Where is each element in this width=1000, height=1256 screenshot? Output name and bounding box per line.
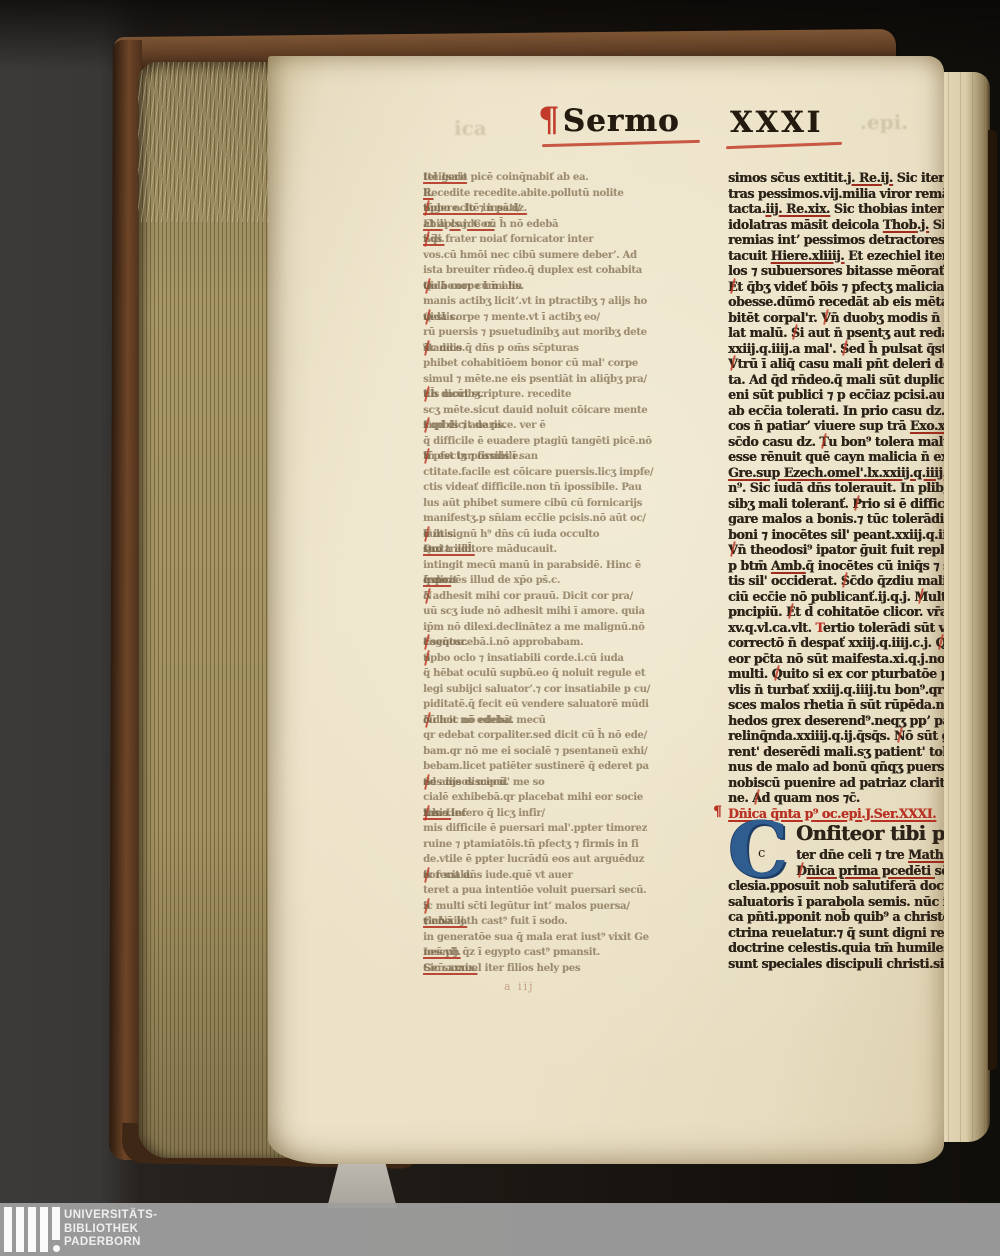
text-segment: V [728, 542, 737, 558]
text-line: tio bonor cū malis. Quidā corpe tm̄ i hu [437, 279, 729, 295]
text-line: vos.cū hmōi nec cibū sumere deberʼ. Ad [437, 248, 729, 264]
text-segment: ca pn̄ti.pponit nob̄ quib⁹ a christo ist… [728, 909, 944, 924]
margin-tick: : [423, 759, 426, 770]
text-segment: upbo oclo ⁊ insati/ [423, 201, 520, 217]
text-line: uū scʒ iude nō adhesit mihi ī amore. qui… [437, 604, 729, 620]
logo-bar [40, 1207, 48, 1252]
text-line: tas. Hec Inno. Ex his infero q̄ licʒ inf… [437, 806, 729, 822]
text-segment: piditatē.q̄ fecit eū vendere saluatorē m… [423, 697, 649, 713]
text-line: los ⁊ subuersores bitasse mēorať Ezech.i… [728, 263, 944, 279]
text-segment: n̄ica prima pcedēti [806, 863, 934, 878]
showthrough-text: ica [454, 116, 487, 140]
text-segment: Sic samuel iter filios hely pes [423, 961, 580, 977]
text-segment: ctitate.facile est cōicare puersis.licʒ … [423, 465, 653, 481]
text-segment: phibet cohabitiōem bonor cū mal' corpe [423, 356, 638, 372]
text-segment: ic fecit dn̄s iude.quē vt auer [423, 868, 572, 884]
text-line: eni sūt publici ⁊ p ecc̄iaz pcisi.aut oc… [728, 387, 944, 403]
text-line: q̄ difficile ē euadere ptagiū tangēti pi… [437, 434, 729, 450]
watermark-band: UNIVERSITÄTS- BIBLIOTHEK PADERBORN [0, 1203, 1000, 1256]
text-segment: t h̄ dicūt scripture. recedite [423, 387, 571, 403]
text-segment: hedos grex deserend⁹.neqʒ ppʼ paleā area [728, 713, 944, 728]
text-segment: xxiij.q.iiij.a mal'. [728, 341, 840, 356]
text-segment: bebam.licet patiēter sustinerē q̄ ederet… [423, 759, 649, 775]
text-line: cor mala. Sic fecit dn̄s iude.quē vt aue… [437, 868, 729, 884]
text-line: q̄ dicit Inno.exponēs illud de xp̄o ps̄.… [437, 573, 729, 589]
text-segment: n̄ duobʒ modis n̄ te macu [830, 310, 944, 325]
text-line: Gre.sup Ezech.omel'.lx.xxiij.q.iiij. Tu … [728, 465, 944, 481]
text-line: cognoscebā.i.nō approbabam. Et seq̄tur. [437, 635, 729, 651]
red-underline-swash [726, 142, 842, 149]
text-line: ista breuiter rn̄deo.q̄ duplex est cohab… [437, 263, 729, 279]
text-line: scʒ mēte.sicut dauid noluit cōicare ment… [437, 403, 729, 419]
text-segment: lus aūt phibet sumere cibū cū fornicarij… [423, 496, 642, 512]
text-segment: ctrina reuelatur.⁊ q̄ sunt digni reuelat… [728, 925, 944, 940]
text-segment: bitēt corpal'r. [728, 310, 821, 325]
text-line: sibʒ mali toleranť. Prio si ē difficile … [728, 496, 944, 512]
text-segment: Sic hie [929, 217, 944, 232]
text-segment: intingit mecū manū in parabsidē. Hinc ē [423, 558, 641, 574]
text-segment: esse rēnuit quē cayn malicia n̄ exercet.… [728, 449, 944, 464]
back-cover-edge [988, 130, 997, 1070]
text-line: correctō n̄ despať xxiij.q.iiij.c.j. Qua… [728, 635, 944, 651]
text-line: phibet cohabitiōem bonor cū mal' corpe [437, 356, 729, 372]
text-segment: uito si ex cor pturbatōe par ecc̄ie [782, 666, 944, 681]
logo-bar-dot [53, 1245, 60, 1252]
text-line: nes̄.vij. Ioseph q̄z ī egypto cast⁹ pman… [437, 945, 729, 961]
text-line: nes meos mecū. Sed alijs discipul' me so [437, 775, 729, 791]
text-line: Gen̄.xxxix. Sic samuel iter filios hely … [437, 961, 729, 977]
text-segment: ciū ecc̄ie nō publicanť.ij.q.j. [728, 589, 914, 604]
text-line: xxiij.q.iiij.a mal'. Sed h̄ pulsat q̄sti… [728, 341, 944, 357]
text-line: ri. Nā loth cast⁹ fuit ī sodo. Gen̄.xiij… [437, 914, 729, 930]
text-segment: Sic thobias inter alios [830, 201, 944, 216]
text-segment: uū scʒ iude nō adhesit mihi ī amore. qui… [423, 604, 645, 620]
text-segment: ō adhesit mihi cor prauū. Dicit cor pra/ [423, 589, 633, 605]
text-segment: gare malos a bonis.⁊ tūc tolerādi sunt.n… [728, 511, 944, 526]
text-segment: n⁹. Sic iudā dn̄s tolerauit. In plibʒ ḡ … [728, 480, 944, 495]
text-segment: Sic iter idola/ [893, 170, 944, 185]
text-line: ctis videať difficile.non tn̄ ipossibile… [437, 480, 729, 496]
text-segment: T [819, 434, 828, 450]
text-segment: T [815, 620, 822, 635]
text-segment: i aut n̄ psentʒ aut redarguis. [800, 325, 945, 340]
margin-tick: : [423, 186, 426, 197]
text-line: nus de malo ad bonū qn̄qʒ puersi possint [728, 759, 944, 775]
text-line: Supbo oclo ⁊ insatiabili corde.i.cū iuda [437, 651, 729, 667]
text-segment: Et apls.j. Cor. [423, 217, 494, 233]
text-line: lus aūt phibet sumere cibū cū fornicarij… [437, 496, 729, 512]
text-line: tetigerit picē coinq̄nabiť ab ea. Itē Is… [437, 170, 729, 186]
text-line: tis sil' occiderat. Sc̄do q̄zdiu mali p … [728, 573, 944, 589]
margin-tick: : [423, 294, 426, 305]
text-line: de.vtile ē ppter lucrādū eos aut arguēdu… [437, 852, 729, 868]
text-line: p btm̄ Amb.q̄ inocētes cū iniq̄s ⁊ scele… [728, 558, 944, 574]
text-line: cultis. Vn̄ in signū h⁹ dn̄s cū iuda occ… [437, 527, 729, 543]
text-line: sunt speciales discipuli christi.sibi et… [728, 956, 944, 972]
text-segment: tis sil' occiderat. [728, 573, 841, 588]
text-segment: t seq̄tur. [423, 635, 468, 651]
logo-bar [28, 1207, 36, 1252]
sermon-opening-block: CcOnfiteor tibi pater dn̄e celi ⁊ tre Ma… [728, 821, 944, 878]
header-word: Sermo [563, 103, 680, 139]
text-segment: q̄ difficile ē euadere ptagiū tangēti pi… [423, 434, 652, 450]
text-line: multi. Quito si ex cor pturbatōe par ecc… [728, 666, 944, 682]
text-segment: ista breuiter rn̄deo.q̄ duplex est cohab… [423, 263, 642, 279]
text-segment: xv.q.vl.ca.vlt. [728, 620, 815, 635]
text-segment: rio si ē difficile segre/ [861, 496, 944, 511]
watermark-line: BIBLIOTHEK [64, 1223, 157, 1237]
text-segment: Gre.sup Ezech.omel'.lx.xxiij.q.iiij. [728, 465, 944, 480]
text-line: uis moribʒ. Et h̄ dicūt scripture. reced… [437, 387, 729, 403]
text-segment: c̄do q̄zdiu mali p iudi/ [849, 573, 944, 588]
text-segment: D [796, 863, 806, 879]
text-segment: saluatoris ī parabola semis. nūc i ista … [728, 894, 944, 909]
text-line: rent' deserēdi mali.sʒ patient' tolerādi… [728, 744, 944, 760]
text-segment: Q [935, 635, 944, 651]
text-segment: scʒ mēte.sicut dauid noluit cōicare ment… [423, 403, 647, 419]
text-line: esse rēnuit quē cayn malicia n̄ exercet.… [728, 449, 944, 465]
text-segment: ūc dico q̄ dn̄s p om̄s sc̄pturas [423, 341, 579, 357]
text-segment: simul ⁊ mēte.ne eis psentiāt in aliq̄bʒ … [423, 372, 647, 388]
text-segment: teret a pua intentiōe voluit puersari se… [423, 883, 646, 899]
text-line: vlis n̄ turbať xxiij.q.iiij.tu bon⁹.qr p… [728, 682, 944, 698]
text-line: sc̄do casu dz. Tu bon⁹ tolera malū.qr ab… [728, 434, 944, 450]
text-segment: p btm̄ [728, 558, 771, 573]
text-line: Vtrū ī aliq̄ casu mali pn̄t deleri de ha… [728, 356, 944, 372]
text-segment: Recedite recedite.abite.pollutū nolite [423, 186, 623, 202]
text-line: tāgere. Itē in ps̄.dz. Supbo oclo ⁊ insa… [437, 201, 729, 217]
text-line: nestis. Quidā corpe ⁊ mente.vt ī actibʒ … [437, 310, 729, 326]
margin-tick: : [423, 666, 426, 677]
text-segment: cialē exhibebā.qr placebat mihi eor soci… [423, 790, 643, 806]
text-segment: sc̄ta mř ec/ [934, 863, 944, 878]
text-segment: mis difficile ē puersari mal'.ppter timo… [423, 821, 647, 837]
text-segment: V [821, 310, 830, 326]
text-line: manis actibʒ licitʼ.vt in ptractibʒ ⁊ al… [437, 294, 729, 310]
text-line: tras pessimos.vij.milia viror remāseřt i… [728, 186, 944, 202]
pilcrow-mark: ¶ [713, 805, 721, 821]
text-segment: q̄ hēbat oculū supbū.eo q̄ noluit regule… [423, 666, 645, 682]
book-page: ica .epi. ¶Sermo XXXI tetigerit picē coi… [268, 56, 944, 1164]
text-line: relinq̄nda.xxiiij.q.ij.q̄sq̄s. Nō sūt ḡ … [728, 728, 944, 744]
text-line: Sic multi sc̄ti legūtur intʼ malos puers… [437, 899, 729, 915]
text-line: ruine ⁊ ptamiatōis.tn̄ pfectʒ ⁊ firmis i… [437, 837, 729, 853]
text-line: doctrine celestis.quia tm̄ humiles. Hi e… [728, 940, 944, 956]
text-segment: Qui [423, 542, 442, 558]
text-segment: Hiere.xliiij. [771, 248, 844, 263]
text-line: bitēt corpal'r. Vn̄ duobʒ modis n̄ te ma… [728, 310, 944, 326]
text-line: rū puersis ⁊ psuetudinibʒ aut moribʒ det… [437, 325, 729, 341]
text-line: Et q̄bʒ videť bōis ⁊ pfectʒ malicia ipio… [728, 279, 944, 295]
text-line: hedos grex deserend⁹.neqʒ ppʼ paleā area [728, 713, 944, 729]
text-segment: pncipiū. [728, 604, 786, 619]
text-line: saluatoris ī parabola semis. nūc i ista … [728, 894, 944, 910]
text-line: manifestʒ.p sn̄iam ecc̄lie pcisis.nō aūt… [437, 511, 729, 527]
watermark-text: UNIVERSITÄTS- BIBLIOTHEK PADERBORN [64, 1209, 157, 1250]
text-segment: A [752, 790, 761, 806]
text-line: simos sc̄us extitit.j. Re.ij. Sic iter i… [728, 170, 944, 186]
text-segment: i q̄s frater noiať fornicator inter [423, 232, 593, 248]
text-line: tacta.iij. Re.xix. Sic thobias inter ali… [728, 201, 944, 217]
text-segment: Ioseph q̄z ī egypto cast⁹ pmansit. [423, 945, 600, 961]
text-segment: ulti circa [928, 589, 944, 604]
right-page-edge-stack [936, 72, 990, 1142]
guide-letter: c [758, 846, 765, 861]
text-segment: trū ī aliq̄ casu mali pn̄t deleri de hac… [737, 356, 944, 371]
text-segment: tras pessimos.vij.milia viror remāseřt i… [728, 186, 944, 201]
text-segment: los ⁊ subuersores bitasse mēorať [728, 263, 944, 278]
text-line: q̄ hēbat oculū supbū.eo q̄ noluit regule… [437, 666, 729, 682]
text-line: n⁹. Sic iudā dn̄s tolerauit. In plibʒ ḡ … [728, 480, 944, 496]
text-segment: ne. [728, 790, 752, 805]
text-segment: eni sūt publici ⁊ p ecc̄iaz pcisi.aut oc… [728, 387, 944, 402]
text-segment: Thob.j. [883, 217, 929, 232]
text-line: legi subijci saluatorʼ.⁊ cor insatiabile… [437, 682, 729, 698]
text-segment: simos sc̄us extitit. [728, 170, 847, 185]
text-line: boni ⁊ inocētes sil' peant.xxiij.q.iiij.… [728, 527, 944, 543]
text-segment: ō dicit nō edebat mecū [423, 713, 545, 729]
text-line: ctrina reuelatur.⁊ q̄ sunt digni reuelat… [728, 925, 944, 941]
text-segment: Itē Isaie [423, 170, 467, 186]
text-line: ip̄m nō dilexi.declinātez a me malignū.n… [437, 620, 729, 636]
text-line: obesse.dūmō recedāt ab eis mētalit'.⁊ si… [728, 294, 944, 310]
text-segment: qr edebat corpaliter.sed dicit cū h̄ nō … [423, 728, 647, 744]
text-segment: x his infero q̄ licʒ infir/ [423, 806, 545, 822]
text-line: ctitate.facile est cōicare puersis.licʒ … [437, 465, 729, 481]
text-segment: cos n̄ patiarʼ viuere sup trā [728, 418, 910, 433]
text-segment: tacta. [728, 201, 765, 216]
text-segment: ta. Ad q̄d rn̄deo.q̄ mali sūt duplices. [728, 372, 944, 387]
lombard-initial-C: Cc [728, 824, 790, 878]
text-segment: d quam nos ⁊c̄. [761, 790, 859, 805]
text-segment: ertio tolerādi sūt vbi eor [823, 620, 944, 635]
text-line: tn̄ est impossibile. Vn̄ pfectʒ ⁊ firmis… [437, 449, 729, 465]
text-segment: nus de malo ad bonū qn̄qʒ puersi possint [728, 759, 944, 774]
text-line: gare malos a bonis.⁊ tūc tolerādi sunt.n… [728, 511, 944, 527]
text-segment: u bon⁹ tolera malū.qr abel [828, 434, 944, 449]
logo-bar-exclamation [52, 1207, 60, 1252]
text-segment: Et ezechiel iter icredu [844, 248, 944, 263]
text-segment: vlis n̄ turbať xxiij.q.iiij.tu bon⁹.qr p… [728, 682, 944, 697]
text-segment: remias intʼ pessimos detractores v̄itatē… [728, 232, 944, 247]
text-line: eor pc̄ta nō sūt maifesta.xi.q.j.nolite.… [728, 651, 944, 667]
text-segment: bam.qr nō me ei socialē ⁊ psentaneū exhi… [423, 744, 647, 760]
text-line: intingit mecū manū in parabsidē. Hinc ē [437, 558, 729, 574]
text-segment: N [894, 728, 905, 744]
text-segment: P [852, 496, 861, 512]
text-line: lī. Recedite recedite.abite.pollutū noli… [437, 186, 729, 202]
text-segment: legi subijci saluatorʼ.⁊ cor insatiabile… [423, 682, 650, 698]
text-line: v.di. Si q̄s frater noiať fornicator int… [437, 232, 729, 248]
text-segment: iij. Re.xix. [765, 201, 830, 216]
text-segment: nobiscū puenire ad patriaz claritatʼ ete… [728, 775, 944, 790]
text-line: mis difficile ē puersari mal'.ppter timo… [437, 821, 729, 837]
text-line: pncipiū. Et d̄ cohitatōe clicor. vr̄a.i.… [728, 604, 944, 620]
text-line: bam.qr nō me ei socialē ⁊ psentaneū exhi… [437, 744, 729, 760]
text-segment: manifestʒ.p sn̄iam ecc̄lie pcisis.nō aūt… [423, 511, 646, 527]
text-line: xv.q.vl.ca.vlt. Tertio tolerādi sūt vbi … [728, 620, 944, 636]
text-line: bebam.licet patiēter sustinerē q̄ ederet… [437, 759, 729, 775]
text-segment: lat malū. [728, 325, 791, 340]
text-segment: sc̄do casu dz. [728, 434, 819, 449]
text-segment: n̄ pfectʒ ⁊ firmis ī san [423, 449, 538, 465]
text-segment: ruine ⁊ ptamiatōis.tn̄ pfectʒ ⁊ firmis i… [423, 837, 639, 853]
text-line: ne. Ad quam nos ⁊c̄. [728, 790, 944, 806]
text-line: remias intʼ pessimos detractores v̄itatē… [728, 232, 944, 248]
text-segment: E [786, 604, 795, 620]
page-header-numeral: XXXI [730, 105, 823, 139]
text-segment: Q [772, 666, 783, 682]
text-line: lat malū. Si aut n̄ psentʒ aut redarguis… [728, 325, 944, 341]
text-segment: n̄ theodosi⁹ ipator ḡuit fuit rephensus [737, 542, 944, 557]
text-segment: j. Re.ij. [847, 170, 893, 185]
text-segment: multi. [728, 666, 772, 681]
text-line: simul ⁊ mēte.ne eis psentiāt in aliq̄bʒ … [437, 372, 729, 388]
text-segment: rū puersis ⁊ psuetudinibʒ aut moribʒ det… [423, 325, 647, 341]
text-segment: manis actibʒ licitʼ.vt in ptractibʒ ⁊ al… [423, 294, 647, 310]
text-line: suo traditore māducauit. Iuxta illd̄. Qu… [437, 542, 729, 558]
logo-bar [16, 1207, 24, 1252]
text-segment: doctrine celestis.quia tm̄ humiles. Hi e… [728, 940, 944, 955]
text-segment: S [841, 573, 850, 589]
text-segment: n̄ in signū h⁹ dn̄s cū iuda occulto [423, 527, 599, 543]
text-segment: vos.cū hmōi nec cibū sumere deberʼ. Ad [423, 248, 637, 264]
text-line: in generatōe sua q̄ mala erat iust⁹ vixi… [437, 930, 729, 946]
text-segment: de.vtile ē ppter lucrādū eos aut arguēdu… [423, 852, 644, 868]
text-line: piditatē.q̄ fecit eū vendere saluatorē m… [437, 697, 729, 713]
logo-bar-stem [52, 1207, 60, 1240]
text-segment: t q̄bʒ videť bōis ⁊ pfectʒ malicia ipior… [737, 279, 944, 294]
text-segment: t qd dicit de pice. ver ē [423, 418, 545, 434]
text-segment: rent' deserēdi mali.sʒ patient' tolerādi… [728, 744, 944, 759]
text-segment: sces malos rhetia n̄ sūt rūpēda.neqʒ pte… [728, 697, 944, 712]
text-segment: sibʒ mali toleranť. [728, 496, 852, 511]
text-segment: ⁊ noe [423, 914, 451, 930]
text-line: supbis ⁊ auaris. Et qd dicit de pice. ve… [437, 418, 729, 434]
text-segment: upbo oclo ⁊ insatiabili corde.i.cū iuda [423, 651, 623, 667]
text-segment: S [791, 325, 800, 341]
text-line: idolatras māsit deicola Thob.j. Sic hie [728, 217, 944, 233]
margin-tick: : [423, 527, 426, 538]
margin-tick: : [423, 511, 426, 522]
text-segment: M [914, 589, 928, 605]
margin-tick: : [423, 868, 426, 879]
quire-signature: a iij [504, 980, 535, 993]
text-line: cialē exhibebā.qr placebat mihi eor soci… [437, 790, 729, 806]
text-segment: t d̄ cohitatōe clicor. vr̄a.i.c.vl. [795, 604, 944, 619]
watermark-line: PADERBORN [64, 1236, 157, 1250]
red-underline-swash [542, 140, 700, 147]
text-line: cos n̄ patiarʼ viuere sup trā Exo.xxij. … [728, 418, 944, 434]
watermark-line: UNIVERSITÄTS- [64, 1209, 157, 1223]
text-segment: S [840, 341, 849, 357]
text-segment: E [728, 279, 737, 295]
text-segment: eor pc̄ta nō sūt maifesta.xi.q.j.nolite.… [728, 651, 944, 666]
text-segment: uidā corpe tm̄ i hu [423, 279, 522, 295]
text-segment: Math.xi.Lu.x [908, 847, 944, 862]
text-line: ab ecc̄ia tolerati. In prio casu dz. Mal… [728, 403, 944, 419]
text-segment: ter dn̄e celi ⁊ tre [796, 847, 908, 862]
text-column-right: simos sc̄us extitit.j. Re.ij. Sic iter i… [728, 170, 944, 971]
text-line: Vn̄ theodosi⁹ ipator ḡuit fuit rephensus [728, 542, 944, 558]
text-segment: tacuit [728, 248, 771, 263]
text-line: tacuit Hiere.xliiij. Et ezechiel iter ic… [728, 248, 944, 264]
text-segment: q̄ inocētes cū iniq̄s ⁊ scelera/ [805, 558, 944, 573]
text-segment: exponēs illud de xp̄o ps̄.c. [423, 573, 560, 589]
text-segment: in generatōe sua q̄ mala erat iust⁹ vixi… [423, 930, 649, 946]
text-segment: Amb. [771, 558, 806, 573]
text-segment: correctō n̄ despať xxiij.q.iiij.c.j. [728, 635, 935, 650]
text-segment: ip̄m nō dilexi.declinātez a me malignū.n… [423, 620, 644, 636]
text-line: ciū ecc̄ie nō publicanť.ij.q.j. Multi ci… [728, 589, 944, 605]
text-segment: V [728, 356, 737, 372]
text-column-left: tetigerit picē coinq̄nabiť ab ea. Itē Is… [437, 170, 729, 976]
text-segment: obesse.dūmō recedāt ab eis mētalit'.⁊ si… [728, 294, 944, 309]
text-line: ca pn̄ti.pponit nob̄ quib⁹ a christo ist… [728, 909, 944, 925]
text-line: sces malos rhetia n̄ sūt rūpēda.neqʒ pte… [728, 697, 944, 713]
text-line: teret a pua intentiōe voluit puersari se… [437, 883, 729, 899]
text-segment: ō sūt ḡ indiffe [905, 728, 944, 743]
text-segment: relinq̄nda.xxiiij.q.ij.q̄sq̄s. [728, 728, 894, 743]
text-segment: ed alijs discipul' me so [423, 775, 544, 791]
text-segment: uidā corpe ⁊ mente.vt ī actibʒ eo/ [423, 310, 600, 326]
text-line: qr edebat corpaliter.sed dicit cū h̄ nō … [437, 728, 729, 744]
logo-bar [4, 1207, 12, 1252]
page-header-title: ¶Sermo [538, 100, 680, 140]
text-segment: ed h̄ pulsat q̄stio aim [849, 341, 944, 356]
text-line: cū hoc nō edebā. Nō dicit nō edebat mecū [437, 713, 729, 729]
text-line: Nō adhesit mihi cor prauū. Dicit cor pra… [437, 589, 729, 605]
text-segment: boni ⁊ inocētes sil' peant.xxiij.q.iiij.… [728, 527, 944, 542]
showthrough-text: .epi. [860, 110, 908, 134]
library-logo [4, 1207, 60, 1252]
text-line: nobiscū puenire ad patriaz claritatʼ ete… [728, 775, 944, 791]
text-line: ta. Ad q̄d rn̄deo.q̄ mali sūt duplices. … [728, 372, 944, 388]
text-segment: ctis videať difficile.non tn̄ ipossibile… [423, 480, 641, 496]
text-segment: idolatras māsit deicola [728, 217, 883, 232]
text-segment: sunt speciales discipuli christi.sibi et… [728, 956, 944, 971]
text-segment: Exo.xxij. [910, 418, 944, 433]
pilcrow-mark: ¶ [538, 100, 561, 140]
text-line: standis. Tūc dico q̄ dn̄s p om̄s sc̄ptur… [437, 341, 729, 357]
text-line: abili corde cū h̄ nō edebā Et apls.j. Co… [437, 217, 729, 233]
text-segment: ic multi sc̄ti legūtur intʼ malos puersa… [423, 899, 630, 915]
text-segment: ab ecc̄ia tolerati. In prio casu dz. Mal… [728, 403, 944, 418]
